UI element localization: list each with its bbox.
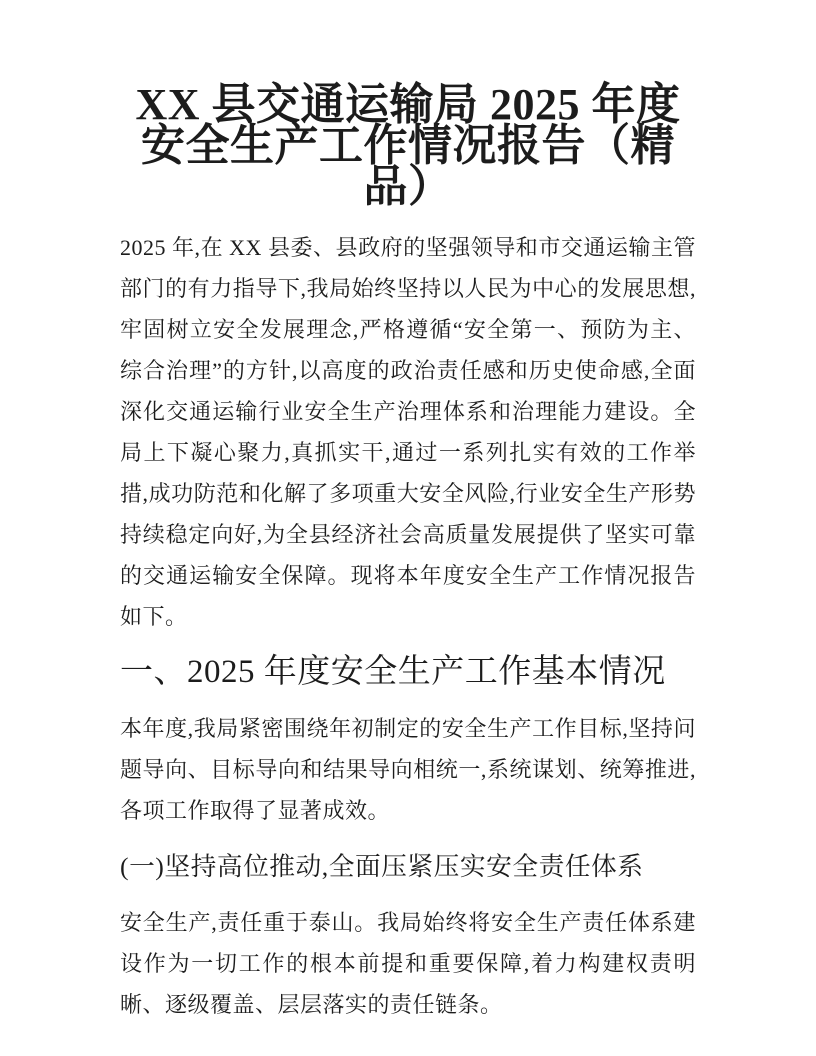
intro-paragraph: 2025 年,在 XX 县委、县政府的坚强领导和市交通运输主管部门的有力指导下,… [120,227,696,637]
section-1-intro-paragraph: 本年度,我局紧密围绕年初制定的安全生产工作目标,坚持问题导向、目标导向和结果导向… [120,708,696,831]
section-1-heading: 一、2025 年度安全生产工作基本情况 [120,652,696,693]
document-page: XX 县交通运输局 2025 年度安全生产工作情况报告（精品） 2025 年,在… [0,0,816,1056]
subsection-1-1-paragraph: 安全生产,责任重于泰山。我局始终将安全生产责任体系建设作为一切工作的根本前提和重… [120,902,696,1025]
subsection-1-1-heading: (一)坚持高位推动,全面压紧压实安全责任体系 [120,846,696,887]
document-title: XX 县交通运输局 2025 年度安全生产工作情况报告（精品） [120,84,696,207]
